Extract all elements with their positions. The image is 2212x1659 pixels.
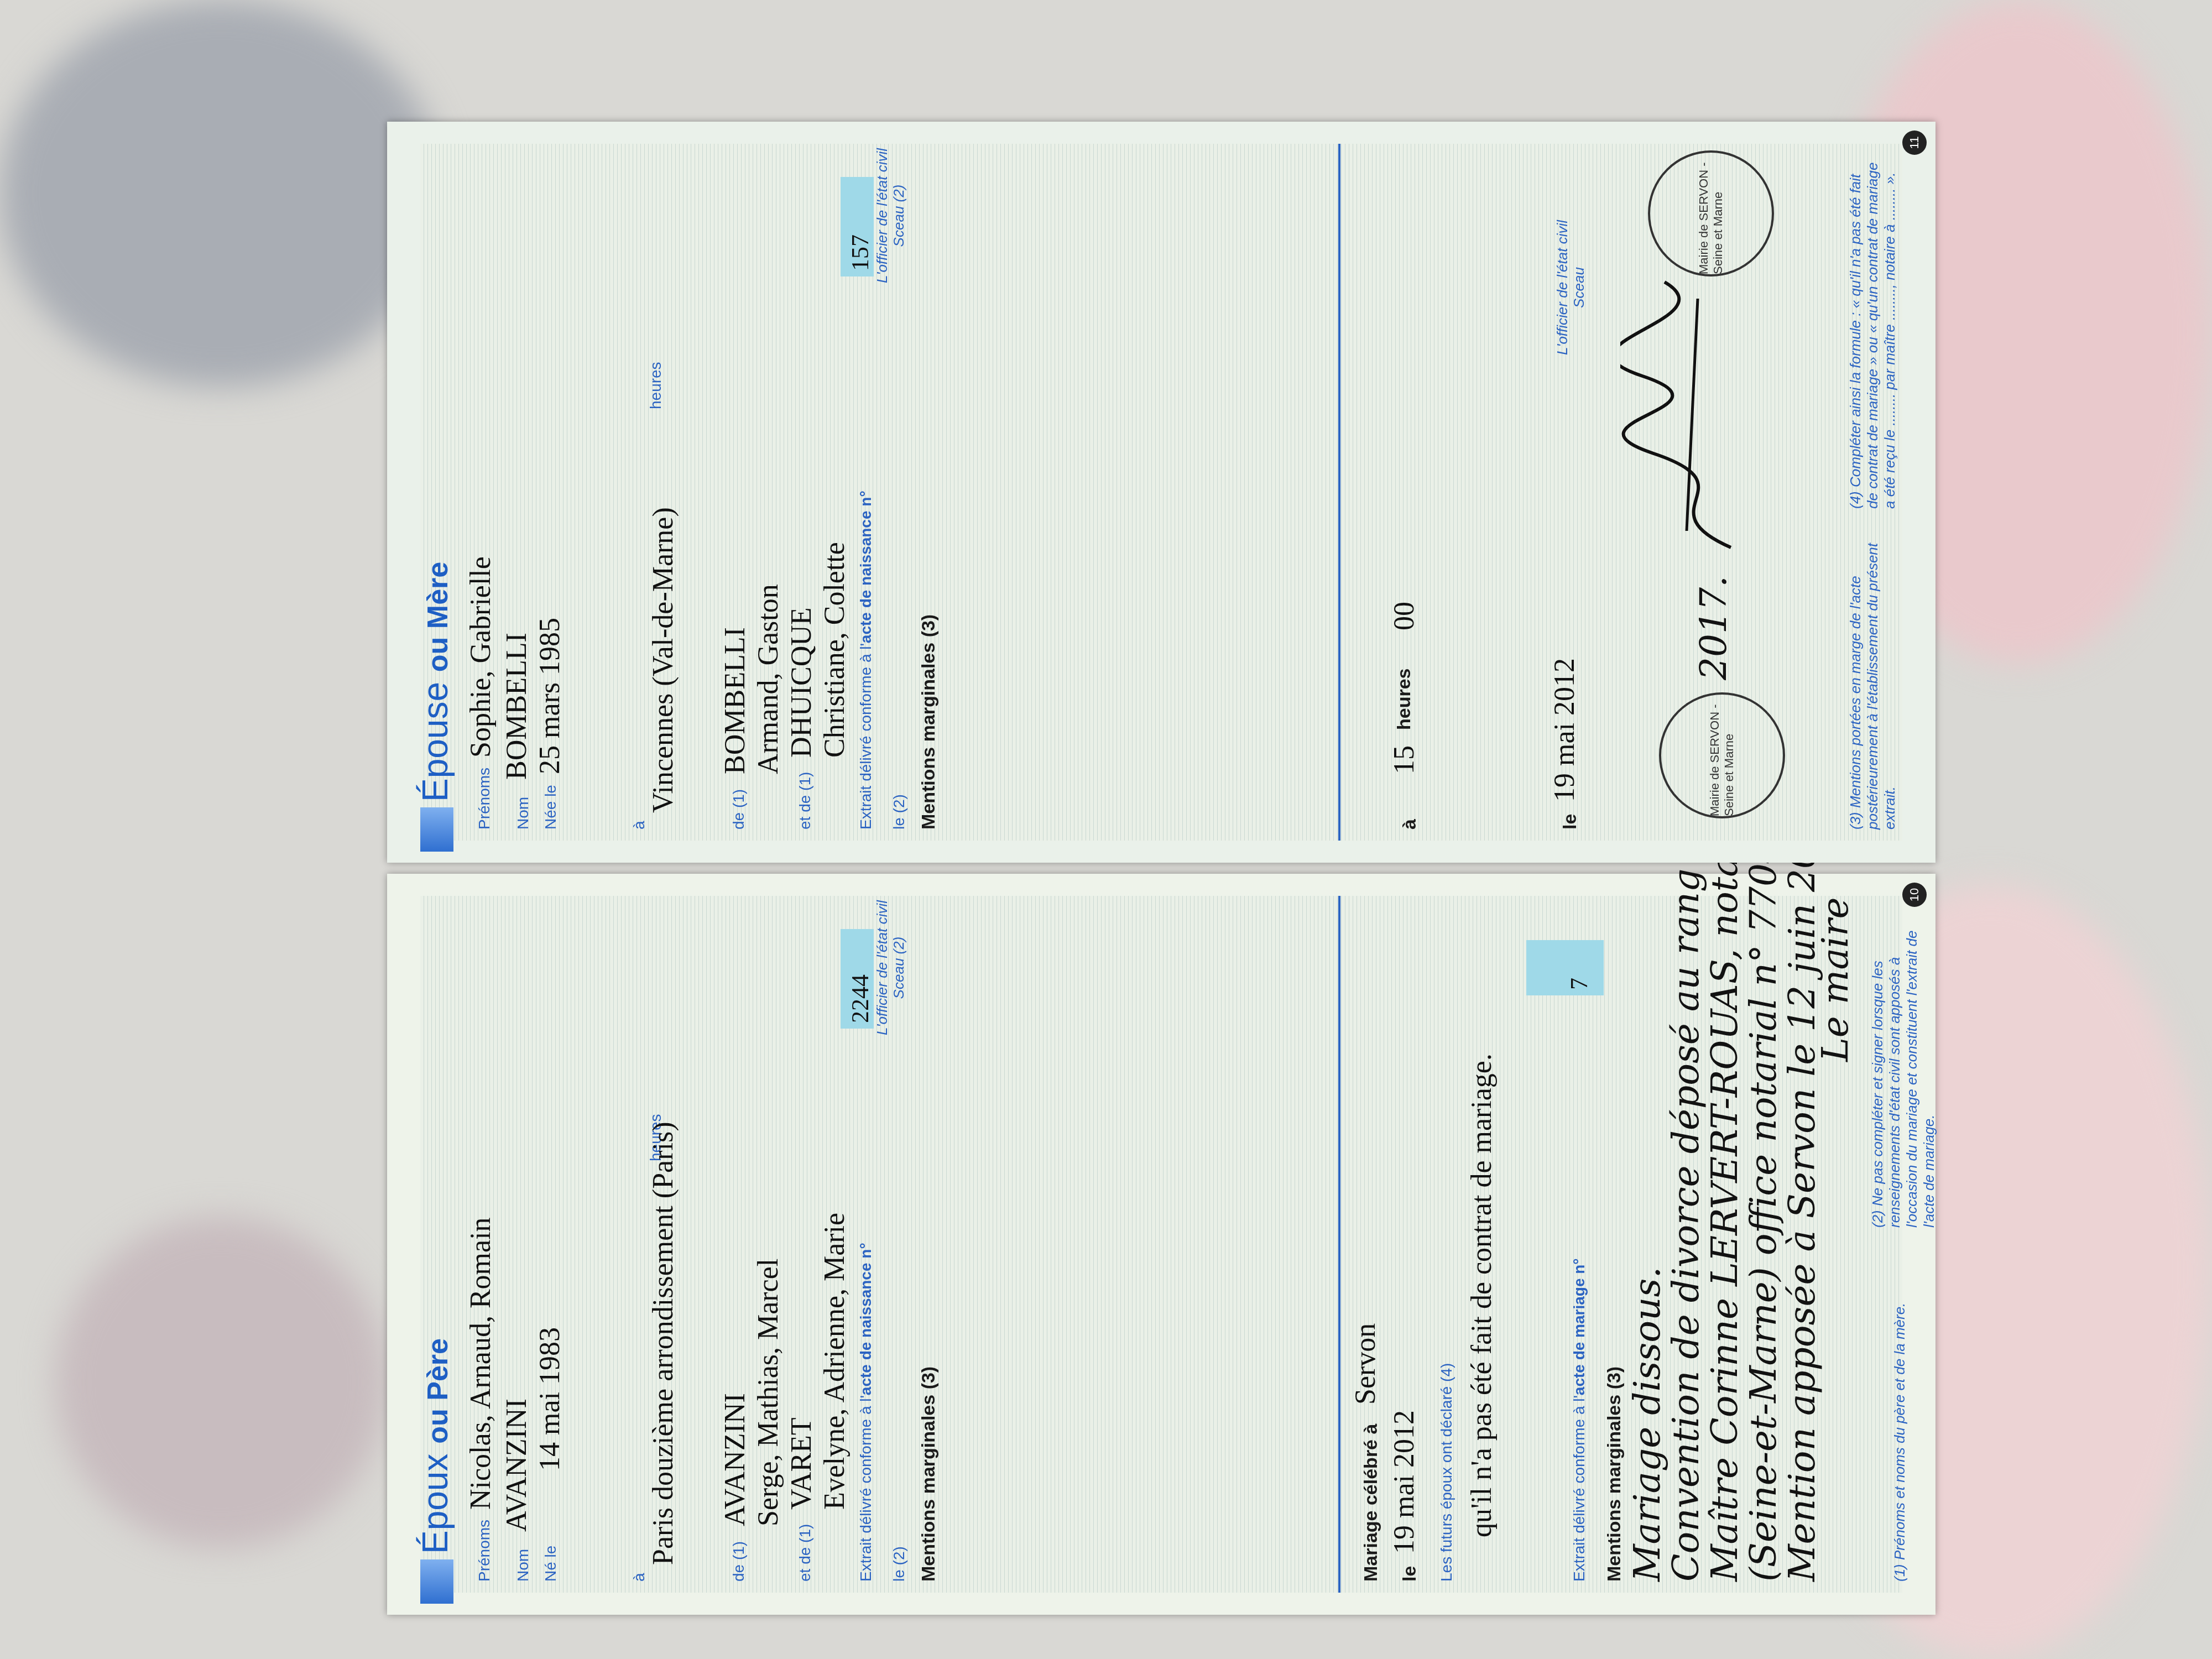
officier-label: L'officier de l'état civil [874,896,891,1040]
handwritten-mention-line: Mariage dissous. [1626,1267,1668,1582]
section-marker [420,1559,453,1604]
section-title-main: Époux [415,1454,455,1554]
mayor-signature [1620,276,1764,553]
prenoms-label: Prénoms [476,1520,493,1582]
futurs-label: Les futurs époux ont déclaré (4) [1438,1363,1455,1582]
mere-nom: VARET [785,1417,818,1510]
mentions-label: Mentions marginales (3) [918,1366,940,1582]
acte-naissance-numero: 2244 [846,974,874,1023]
heures-word: heures [1394,669,1415,731]
a-label: à [630,821,648,830]
acte-naissance-numero: 157 [846,234,874,271]
le-label: le (2) [890,794,908,830]
handwritten-signature-label: Le maire [1814,897,1856,1062]
de-label: de (1) [730,789,748,830]
mentions-mariage-label: Mentions marginales (3) [1604,1366,1625,1582]
mentions-label: Mentions marginales (3) [918,614,940,830]
mariage-heure: 15 [1388,745,1421,774]
officier-mariage-label: L'officier de l'état civil [1554,199,1571,376]
acte-mariage-numero: 7 [1565,978,1593,990]
extrait-mariage-acte: acte de mariage n° [1571,1258,1588,1395]
footnote-4: (4) Compléter ainsi la formule : « qu'il… [1847,155,1898,509]
mariage-date: 19 mai 2012 [1548,658,1581,802]
footnote-3: (3) Mentions portées en marge de l'acte … [1847,520,1898,830]
extrait-text: Extrait délivré conforme à l' [857,1395,874,1582]
prenoms-value: Sophie, Gabrielle [465,556,497,758]
contrat-mariage-statement: qu'il n'a pas été fait de contrat de mar… [1465,1053,1498,1537]
sceau-label: Sceau (2) [890,144,907,288]
page-epoux: Époux ou Père Prénoms Nicolas, Arnaud, R… [387,874,1936,1615]
nom-label: Nom [514,1549,532,1582]
mariage-date: 19 mai 2012 [1388,1410,1421,1554]
footnote-1: (1) Prénoms et noms du père et de la mèr… [1891,1303,1908,1582]
section-title-main: Épouse [415,682,455,802]
page-epouse: Épouse ou Mère Prénoms Sophie, Gabrielle… [387,122,1936,863]
extrait-acte-text: acte de naissance n° [857,491,874,643]
sceau-mariage-label: Sceau [1571,199,1588,376]
section-title: Époux ou Père [415,1338,456,1554]
section-title-suffix: ou Père [422,1338,454,1444]
ne-le-label: Née le [542,785,560,830]
mere-prenoms: Evelyne, Adrienne, Marie [818,1213,851,1510]
section-divider [1338,144,1340,841]
mairie-stamp: Mairie de SERVON - Seine et Marne [1648,150,1774,276]
extrait-text: Extrait délivré conforme à l' [857,643,874,830]
extrait-mariage-text: Extrait délivré conforme à l' [1571,1395,1588,1582]
lieu-naissance: Paris douzième arrondissement (Paris) [647,1122,680,1565]
nom-value: AVANZINI [500,1399,533,1532]
stamp-text: Mairie de SERVON - Seine et Marne [1697,153,1725,274]
pere-prenoms: Armand, Gaston [752,584,785,774]
pere-prenoms: Serge, Mathias, Marcel [752,1259,785,1526]
ne-le-value: 25 mars 1985 [534,618,566,774]
pere-nom: AVANZINI [719,1393,752,1526]
mere-prenoms: Christiane, Colette [818,542,851,758]
mariage-celebre-label: Mariage célébré à [1360,1424,1382,1582]
nom-value: BOMBELLI [500,633,533,780]
nom-label: Nom [514,797,532,830]
ne-le-value: 14 mai 1983 [534,1327,566,1471]
page-number: 10 [1902,883,1927,907]
heures-label: heures [647,362,665,409]
mariage-le-label: le [1559,814,1581,830]
grey-flower-pattern [55,1217,387,1548]
et-de-label: et de (1) [796,1524,814,1582]
extrait-acte-text: acte de naissance n° [857,1243,874,1395]
handwritten-year: 2017. [1692,576,1735,680]
mariage-le-label: le [1399,1566,1421,1582]
ne-le-label: Né le [542,1546,560,1582]
page-number: 11 [1902,131,1927,155]
sceau-label: Sceau (2) [890,896,907,1040]
a-label: à [630,1573,648,1582]
grey-flower-pattern [0,0,442,387]
mariage-a-label: à [1399,819,1421,830]
section-title-suffix: ou Mère [422,562,454,672]
section-marker [420,807,453,852]
mariage-lieu: Servon [1349,1323,1382,1405]
extrait-label: Extrait délivré conforme à l'acte de nai… [857,1243,875,1582]
le-label: le (2) [890,1546,908,1582]
et-de-label: et de (1) [796,772,814,830]
mariage-minutes: 00 [1388,602,1421,630]
prenoms-label: Prénoms [476,768,493,830]
section-title: Épouse ou Mère [415,562,456,802]
extrait-label: Extrait délivré conforme à l'acte de nai… [857,491,875,830]
lieu-naissance: Vincennes (Val-de-Marne) [647,507,680,813]
footnote-2: (2) Ne pas compléter et signer lorsque l… [1869,896,1938,1228]
stamp-text: Mairie de SERVON - Seine et Marne [1708,695,1736,816]
pere-nom: BOMBELLI [719,627,752,774]
section-divider [1338,896,1340,1593]
mere-nom: DHUICQUE [785,607,818,758]
officier-label: L'officier de l'état civil [874,144,891,288]
prenoms-value: Nicolas, Arnaud, Romain [465,1217,497,1510]
de-label: de (1) [730,1541,748,1582]
livret-de-famille: Époux ou Père Prénoms Nicolas, Arnaud, R… [387,122,1936,1615]
extrait-mariage-label: Extrait délivré conforme à l'acte de mar… [1571,1258,1588,1582]
mairie-stamp: Mairie de SERVON - Seine et Marne [1659,692,1785,818]
